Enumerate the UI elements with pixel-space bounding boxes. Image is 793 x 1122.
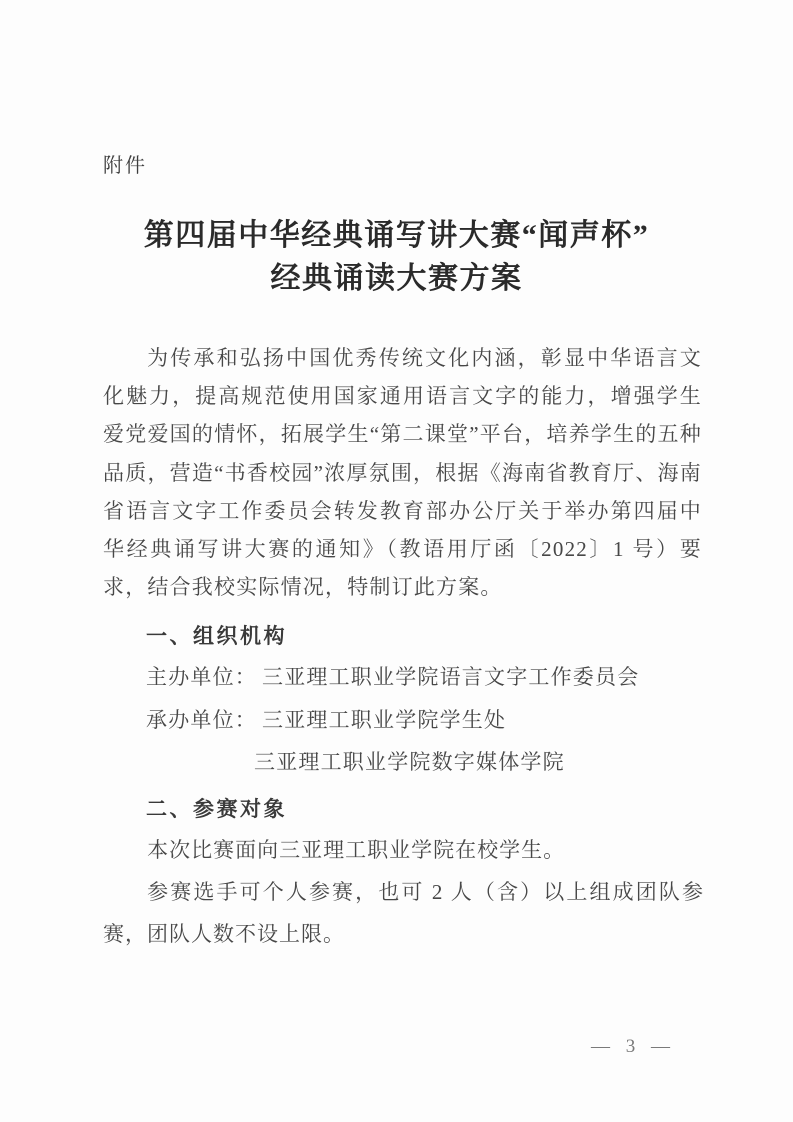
section-2-paragraph-1: 本次比赛面向三亚理工职业学院在校学生。	[103, 834, 704, 864]
document-title-line-1: 第四届中华经典诵写讲大赛“闻声杯”	[0, 214, 793, 257]
host-unit-value: 三亚理工职业学院语言文字工作委员会	[262, 665, 639, 689]
document-title: 第四届中华经典诵写讲大赛“闻声杯” 经典诵读大赛方案	[0, 214, 793, 300]
host-unit-line: 主办单位：三亚理工职业学院语言文字工作委员会	[146, 661, 639, 691]
intro-paragraph: 为传承和弘扬中国优秀传统文化内涵，彰显中华语言文化魅力，提高规范使用国家通用语言…	[103, 339, 702, 606]
organizer-unit-value-1: 三亚理工职业学院学生处	[262, 708, 506, 732]
attachment-label: 附件	[103, 149, 147, 178]
organizer-unit-label: 承办单位：	[146, 708, 257, 732]
document-title-line-2: 经典诵读大赛方案	[0, 257, 793, 300]
organizer-unit-value-2: 三亚理工职业学院数字媒体学院	[254, 746, 565, 776]
host-unit-label: 主办单位：	[146, 665, 257, 689]
page-number: — 3 —	[591, 1036, 673, 1058]
organizer-unit-line: 承办单位：三亚理工职业学院学生处	[146, 704, 506, 734]
section-1-heading: 一、组织机构	[146, 620, 287, 650]
scanned-document-page: 附件 第四届中华经典诵写讲大赛“闻声杯” 经典诵读大赛方案 为传承和弘扬中国优秀…	[0, 0, 793, 1122]
section-2-heading: 二、参赛对象	[146, 793, 287, 823]
section-2-paragraph-2: 参赛选手可个人参赛，也可 2 人（含）以上组成团队参赛，团队人数不设上限。	[103, 871, 704, 955]
